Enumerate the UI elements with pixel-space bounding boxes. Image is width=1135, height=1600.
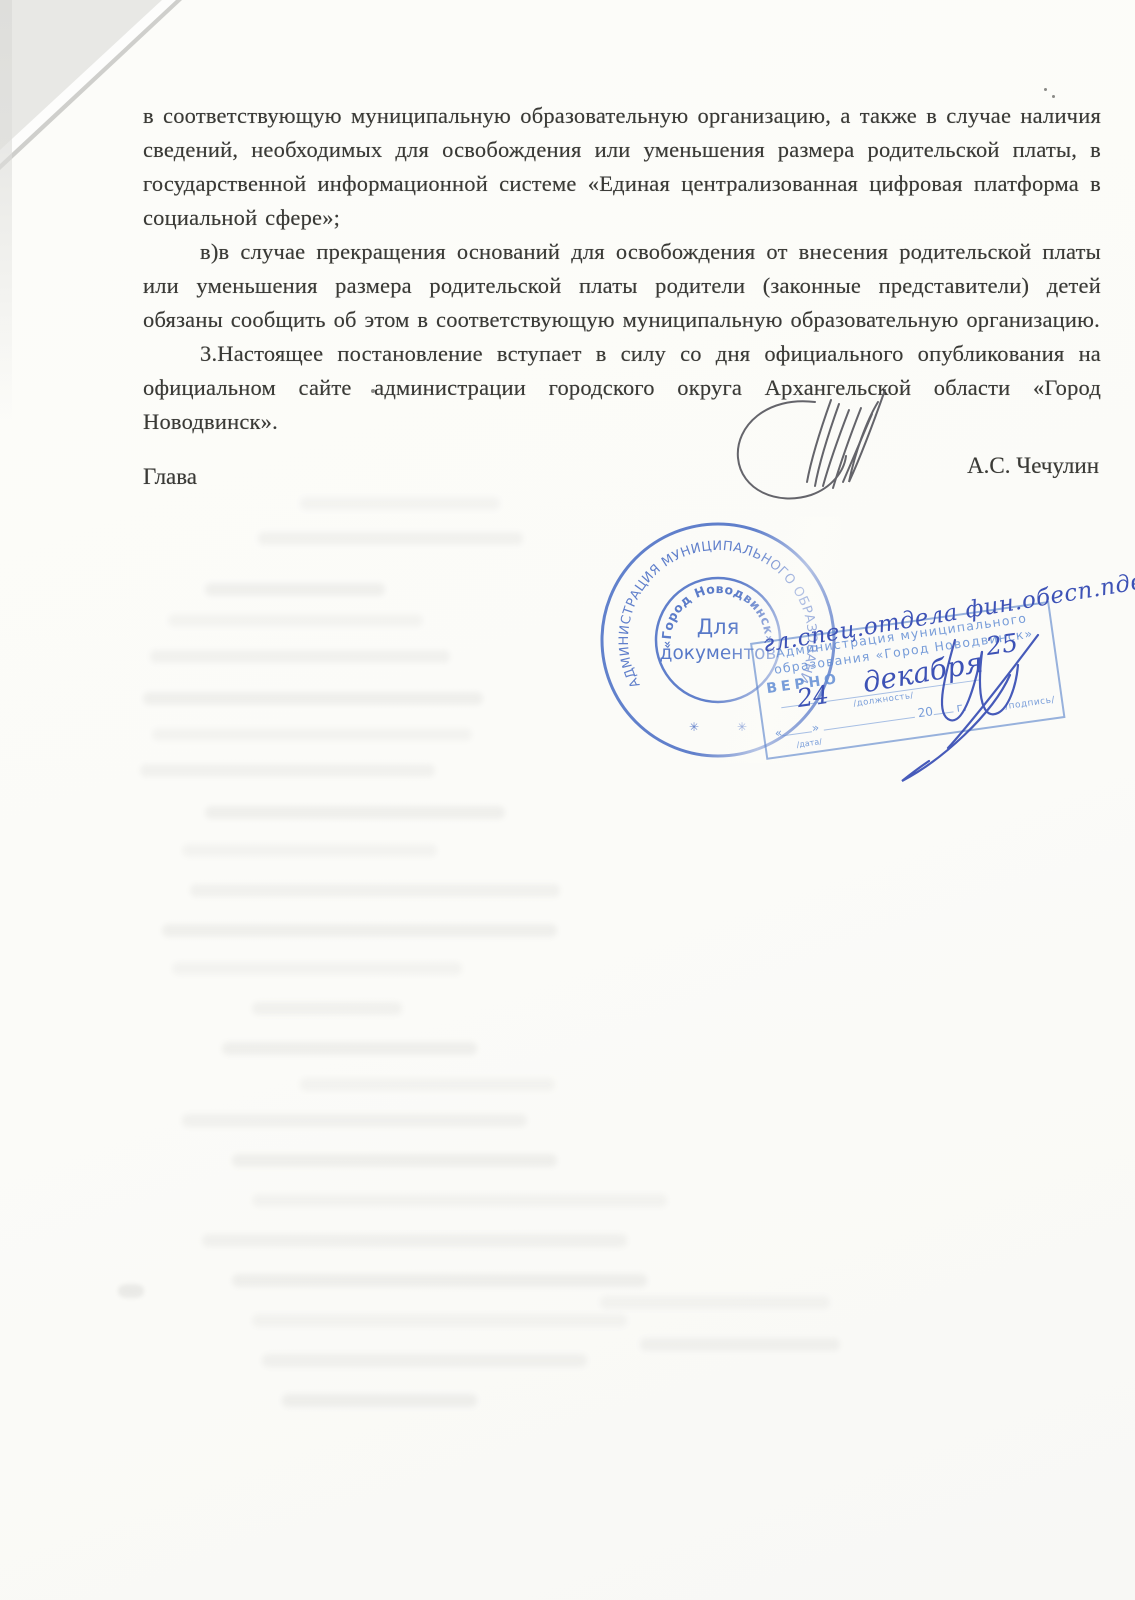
paragraph-continuation: в соответствующую муниципальную образова… (143, 99, 1101, 235)
bleed-through-line (222, 1042, 477, 1055)
bleed-through-line (232, 1274, 647, 1287)
bleed-through-line (152, 728, 472, 741)
bleed-through-line (162, 924, 557, 937)
bleed-through-line (150, 650, 450, 663)
bleed-through-line (300, 1078, 555, 1091)
bleed-through-line (140, 764, 435, 777)
scanned-document-page: в соответствующую муниципальную образова… (0, 0, 1135, 1600)
scan-speck (1044, 88, 1047, 91)
scan-speck (1052, 95, 1055, 98)
bleed-through-line (190, 884, 560, 897)
corner-fold (0, 0, 162, 150)
pencil-smudge (118, 1284, 144, 1298)
paragraph-item-3: 3.Настоящее постановление вступает в сил… (143, 337, 1101, 439)
bleed-through-line (252, 1194, 667, 1207)
handwritten-day: 24 (795, 680, 831, 713)
document-body: в соответствующую муниципальную образова… (143, 99, 1101, 439)
bleed-through-line (258, 532, 523, 545)
date-caption: /дата/ (796, 737, 822, 749)
scan-edge-shading (0, 0, 12, 420)
bleed-through-line (600, 1296, 830, 1309)
bleed-through-line (168, 614, 423, 627)
bleed-through-line (262, 1354, 587, 1367)
bleed-through-line (282, 1394, 477, 1407)
bleed-through-line (202, 1234, 627, 1247)
scan-speck (371, 389, 375, 393)
bleed-through-line (640, 1338, 840, 1351)
bleed-through-line (232, 1154, 557, 1167)
bleed-through-line (143, 692, 483, 705)
bleed-through-line (252, 1314, 627, 1327)
quote-open: « (774, 725, 783, 740)
bleed-through-line (205, 583, 385, 596)
handwritten-signature (715, 380, 915, 515)
bleed-through-line (205, 806, 505, 819)
signer-name: А.С. Чечулин (967, 453, 1099, 479)
day-line (783, 731, 813, 736)
bleed-through-line (172, 962, 462, 975)
signer-title: Глава (143, 464, 197, 490)
bleed-through-line (300, 497, 500, 510)
bleed-through-line (182, 844, 437, 857)
quote-close: » (811, 720, 820, 735)
bleed-through-line (252, 1002, 402, 1015)
paragraph-subitem-v: в)в случае прекращения оснований для осв… (143, 235, 1101, 337)
bleed-through-line (182, 1114, 527, 1127)
handwritten-certify-signature (880, 600, 1080, 800)
